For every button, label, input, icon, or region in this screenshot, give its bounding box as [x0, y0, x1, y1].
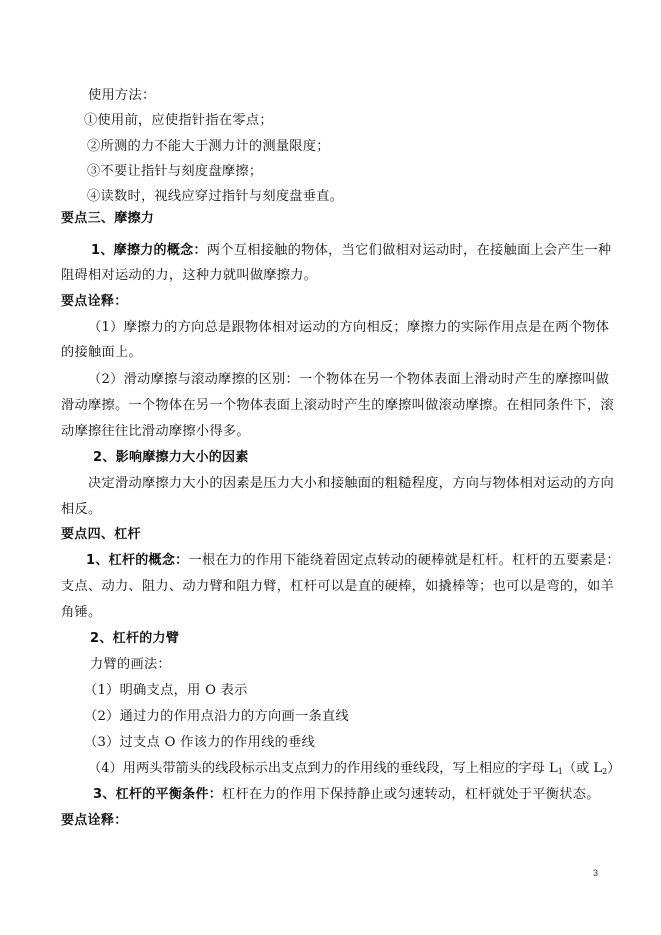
balance-text: 杠杆在力的作用下保持静止或匀速转动，杠杆就处于平衡状态。 — [222, 787, 600, 802]
usage-title: 使用方法： — [88, 88, 628, 104]
lever-concept-text: 一根在力的作用下能绕着固定点转动的硬棒就是杠杆。杠杆的五要素是： — [188, 553, 620, 568]
friction-concept-text: 两个互相接触的物体，当它们做相对运动时，在接触面上会产生一种 — [207, 243, 612, 258]
arm-step-2: （2）通过力的作用点沿力的方向画一条直线 — [84, 709, 624, 725]
section-3-heading: 要点三、摩擦力 — [61, 211, 601, 227]
note-1-line-2: 的接触面上。 — [61, 345, 601, 361]
document-page: 使用方法： ①使用前，应使指针指在零点； ②所测的力不能大于测力计的测量限度； … — [0, 0, 661, 935]
arm-step-4-text: （4）用两头带箭头的线段标示出支点到力的作用线的垂线段，写上相应的字母 L — [88, 761, 558, 776]
note-2-line-1: （2）滑动摩擦与滚动摩擦的区别：一个物体在另一个物体表面上滑动时产生的摩擦叫做 — [88, 372, 628, 388]
lever-concept-line-1: 1、杠杆的概念：一根在力的作用下能绕着固定点转动的硬棒就是杠杆。杠杆的五要素是： — [86, 553, 601, 569]
arm-step-1: （1）明确支点，用 O 表示 — [84, 683, 624, 699]
factors-heading: 2、影响摩擦力大小的因素 — [93, 450, 633, 466]
arm-step-3: （3）过支点 O 作该力的作用线的垂线 — [84, 735, 624, 751]
note-2-line-2: 滑动摩擦。一个物体在另一个物体表面上滚动时产生的摩擦叫做滚动摩擦。在相同条件下，… — [61, 398, 601, 414]
factors-line-2: 相反。 — [61, 502, 601, 518]
section-4-heading: 要点四、杠杆 — [61, 527, 601, 543]
usage-item-3: ③不要让指针与刻度盘摩擦； — [87, 164, 627, 180]
usage-item-2: ②所测的力不能大于测力计的测量限度； — [87, 139, 627, 155]
note-1-line-1: （1）摩擦力的方向总是跟物体相对运动的方向相反；摩擦力的实际作用点是在两个物体 — [88, 320, 628, 336]
balance-line: 3、杠杆的平衡条件：杠杆在力的作用下保持静止或匀速转动，杠杆就处于平衡状态。 — [93, 787, 633, 803]
friction-concept-label: 1、摩擦力的概念： — [91, 243, 207, 258]
notes-heading-2: 要点诠释： — [61, 813, 601, 829]
lever-concept-line-2: 支点、动力、阻力、动力臂和阻力臂，杠杆可以是直的硬棒，如撬棒等；也可以是弯的，如… — [61, 579, 601, 595]
note-2-line-3: 动摩擦往往比滑动摩擦小得多。 — [61, 424, 601, 440]
usage-item-1: ①使用前，应使指针指在零点； — [84, 113, 624, 129]
page-number: 3 — [593, 868, 598, 878]
notes-heading-1: 要点诠释： — [61, 294, 601, 310]
usage-item-4: ④读数时，视线应穿过指针与刻度盘垂直。 — [87, 189, 627, 205]
arm-step-4-close: ） — [607, 761, 620, 776]
lever-concept-label: 1、杠杆的概念： — [86, 553, 188, 568]
lever-concept-line-3: 角锤。 — [61, 605, 601, 621]
friction-concept-line-2: 阻碍相对运动的力，这种力就叫做摩擦力。 — [61, 268, 601, 284]
arm-method: 力臂的画法： — [90, 657, 630, 673]
arm-step-4: （4）用两头带箭头的线段标示出支点到力的作用线的垂线段，写上相应的字母 L1（或… — [88, 761, 628, 780]
arm-heading: 2、杠杆的力臂 — [90, 631, 630, 647]
arm-step-4-alt: （或 L — [563, 761, 602, 776]
factors-line-1: 决定滑动摩擦力大小的因素是压力大小和接触面的粗糙程度，方向与物体相对运动的方向 — [88, 476, 628, 492]
friction-concept-line-1: 1、摩擦力的概念：两个互相接触的物体，当它们做相对运动时，在接触面上会产生一种 — [91, 243, 601, 259]
balance-label: 3、杠杆的平衡条件： — [93, 787, 222, 802]
